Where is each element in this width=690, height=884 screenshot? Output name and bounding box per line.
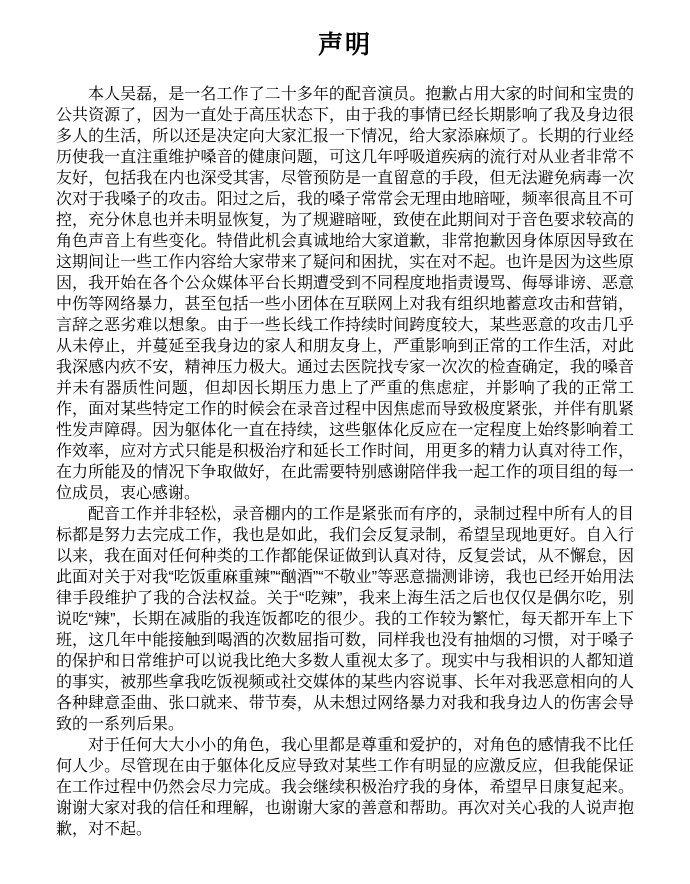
statement-document-page: 声明 本人吴磊，是一名工作了二十多年的配音演员。抱歉占用大家的时间和宝贵的公共资… [0, 0, 690, 884]
statement-paragraph-1: 本人吴磊，是一名工作了二十多年的配音演员。抱歉占用大家的时间和宝贵的公共资源了，… [56, 84, 634, 504]
statement-paragraph-2: 配音工作并非轻松，录音棚内的工作是紧张而有序的，录制过程中所有人的目标都是努力去… [56, 504, 634, 735]
page-title: 声明 [56, 30, 634, 60]
statement-paragraph-3: 对于任何大大小小的角色，我心里都是尊重和爱护的，对角色的感情我不比任何人少。尽管… [56, 735, 634, 840]
statement-body: 本人吴磊，是一名工作了二十多年的配音演员。抱歉占用大家的时间和宝贵的公共资源了，… [56, 84, 634, 840]
